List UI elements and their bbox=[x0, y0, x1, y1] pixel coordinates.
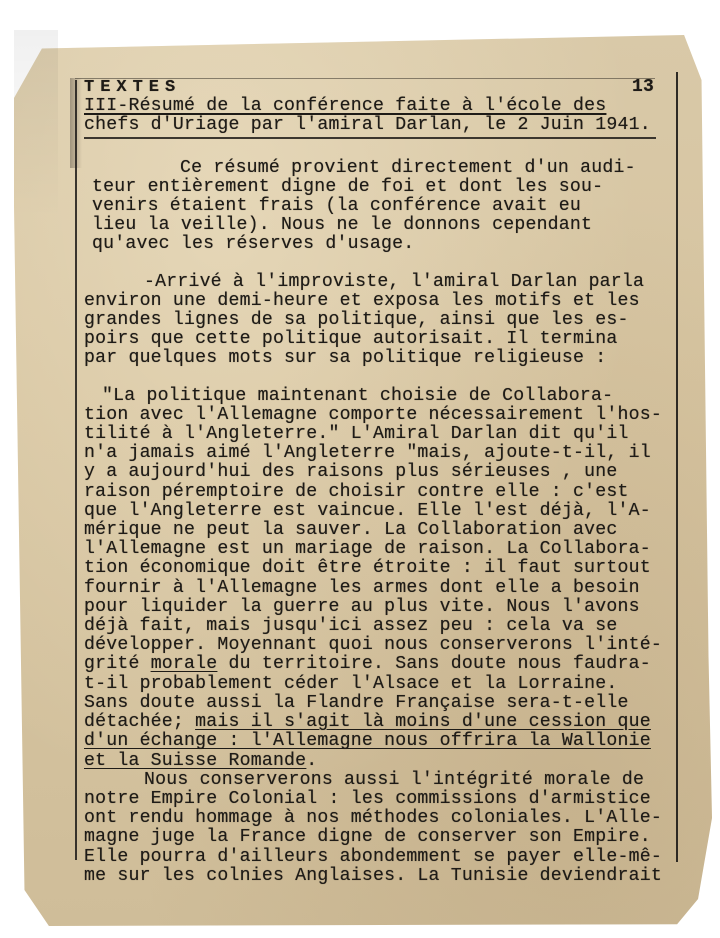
text-line: lieu la veille). Nous ne le donnons cepe… bbox=[92, 216, 684, 235]
text-line: "La politique maintenant choisie de Coll… bbox=[102, 387, 684, 406]
text-line: n'a jamais aimé l'Angleterre "mais, ajou… bbox=[84, 444, 684, 463]
text-line: Ce résumé provient directement d'un audi… bbox=[180, 159, 684, 178]
text-line: pour liquider la guerre au plus vite. No… bbox=[84, 598, 684, 617]
text-line: Elle pourra d'ailleurs abondemment se pa… bbox=[84, 848, 684, 867]
document-title: III-Résumé de la conférence faite à l'éc… bbox=[84, 97, 684, 138]
text-line: grandes lignes de sa politique, ainsi qu… bbox=[84, 311, 684, 330]
text-fragment: grité bbox=[84, 654, 151, 674]
underlined-word: morale bbox=[151, 654, 218, 674]
text-line: qu'avec les réserves d'usage. bbox=[92, 235, 684, 254]
text-line: développer. Moyennant quoi nous conserve… bbox=[84, 636, 684, 655]
folded-corner bbox=[14, 30, 58, 220]
underlined-passage: et la Suisse Romande bbox=[84, 751, 306, 771]
text-fragment: du territoire. Sans doute nous faudra- bbox=[217, 654, 650, 674]
text-line: poirs que cette politique autorisait. Il… bbox=[84, 330, 684, 349]
text-line: environ une demi-heure et exposa les mot… bbox=[84, 292, 684, 311]
text-line: détachée; mais il s'agit là moins d'une … bbox=[84, 713, 684, 732]
text-line: déjà fait, mais jusqu'ici assez peu : ce… bbox=[84, 617, 684, 636]
text-line: fournir à l'Allemagne les armes dont ell… bbox=[84, 579, 684, 598]
underlined-passage: d'un échange : l'Allemagne nous offrira … bbox=[84, 732, 684, 751]
title-line: chefs d'Uriage par l'amiral Darlan, le 2… bbox=[84, 116, 684, 135]
text-line: teur entièrement digne de foi et dont le… bbox=[92, 178, 684, 197]
title-underline-rule bbox=[84, 137, 656, 139]
text-line: raison péremptoire de choisir contre ell… bbox=[84, 483, 684, 502]
underlined-passage: mais il s'agit là moins d'une cession qu… bbox=[195, 712, 651, 732]
text-line: notre Empire Colonial : les commissions … bbox=[84, 790, 684, 809]
text-line: par quelques mots sur sa politique relig… bbox=[84, 349, 684, 368]
typewritten-document: TEXTES 13 III-Résumé de la conférence fa… bbox=[84, 78, 684, 886]
paragraph-empire: Nous conserverons aussi l'intégrité mora… bbox=[84, 771, 684, 886]
intro-paragraph: Ce résumé provient directement d'un audi… bbox=[92, 159, 684, 255]
page-number: 13 bbox=[632, 78, 654, 97]
text-line: l'Allemagne est un mariage de raison. La… bbox=[84, 540, 684, 559]
paragraph-collaboration: "La politique maintenant choisie de Coll… bbox=[84, 387, 684, 771]
text-fragment: détachée; bbox=[84, 712, 195, 732]
text-line: y a aujourd'hui des raisons plus sérieus… bbox=[84, 463, 684, 482]
paragraph-arrival: -Arrivé à l'improviste, l'amiral Darlan … bbox=[84, 273, 684, 369]
text-fragment: . bbox=[306, 751, 317, 771]
text-line: tion avec l'Allemagne comporte nécessair… bbox=[84, 406, 684, 425]
text-line: venirs étaient frais (la conférence avai… bbox=[92, 197, 684, 216]
text-line: -Arrivé à l'improviste, l'amiral Darlan … bbox=[144, 273, 684, 292]
text-line: grité morale du territoire. Sans doute n… bbox=[84, 655, 684, 674]
section-tag: TEXTES bbox=[84, 78, 684, 97]
text-line: Sans doute aussi la Flandre Française se… bbox=[84, 694, 684, 713]
text-line: et la Suisse Romande. bbox=[84, 752, 684, 771]
text-line: tilité à l'Angleterre." L'Amiral Darlan … bbox=[84, 425, 684, 444]
text-line: me sur les colnies Anglaises. La Tunisie… bbox=[84, 867, 684, 886]
text-line: ont rendu hommage à nos méthodes colonia… bbox=[84, 809, 684, 828]
text-line: Nous conserverons aussi l'intégrité mora… bbox=[144, 771, 684, 790]
frame-left-line bbox=[75, 80, 77, 860]
text-line: mérique ne peut la sauver. La Collaborat… bbox=[84, 521, 684, 540]
text-line: t-il probablement céder l'Alsace et la L… bbox=[84, 675, 684, 694]
text-line: tion économique doit être étroite : il f… bbox=[84, 559, 684, 578]
text-line: que l'Angleterre est vaincue. Elle l'est… bbox=[84, 502, 684, 521]
title-line: III-Résumé de la conférence faite à l'éc… bbox=[84, 97, 684, 116]
text-line: magne juge la France digne de conserver … bbox=[84, 828, 684, 847]
